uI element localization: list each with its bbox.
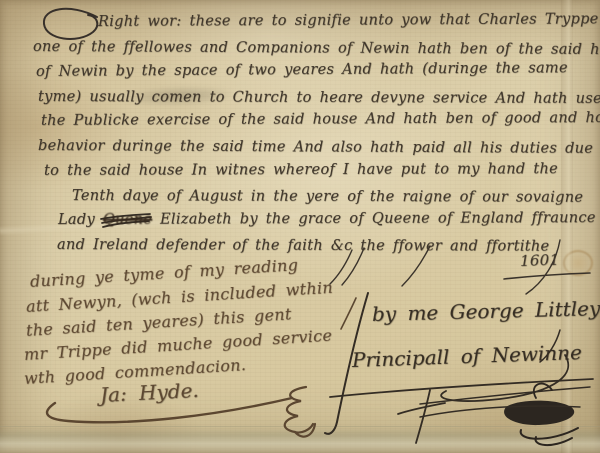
signature-ja-hyde: Ja: Hyde. xyxy=(99,378,199,407)
manuscript-line-4: tyme) usually comen to Church to heare d… xyxy=(38,89,600,107)
manuscript-line-1: Right wor: these are to signifie unto yo… xyxy=(98,11,600,30)
manuscript-line-7: to the said house In witnes whereof I ha… xyxy=(44,161,558,179)
manuscript-line-10: and Ireland defender of the faith &c the… xyxy=(57,237,549,255)
signature-principal-title: Principall of Newinne xyxy=(352,340,583,372)
manuscript-line-5: the Publicke exercise of the said house … xyxy=(41,110,600,129)
year-date: 1601 xyxy=(520,251,560,270)
line9-prefix: Lady xyxy=(58,212,103,228)
struck-word: Quene xyxy=(103,212,152,228)
manuscript-line-2: one of the ffellowes and Companions of N… xyxy=(33,39,600,58)
note-slash xyxy=(341,298,356,329)
manuscript-line-9: Lady Quene Elizabeth by the grace of Que… xyxy=(58,210,596,228)
manuscript-line-3: of Newin by the space of two yeares And … xyxy=(36,60,568,80)
line9-rest: Elizabeth by the grace of Queene of Engl… xyxy=(152,210,596,228)
manuscript-page: Right wor: these are to signifie unto yo… xyxy=(0,0,600,453)
opening-flourish xyxy=(44,9,97,39)
manuscript-line-8: Tenth daye of August in the yere of the … xyxy=(72,188,583,206)
bottom-fold-crease xyxy=(0,426,600,453)
manuscript-line-6: behavior duringe the said time And also … xyxy=(38,138,593,157)
